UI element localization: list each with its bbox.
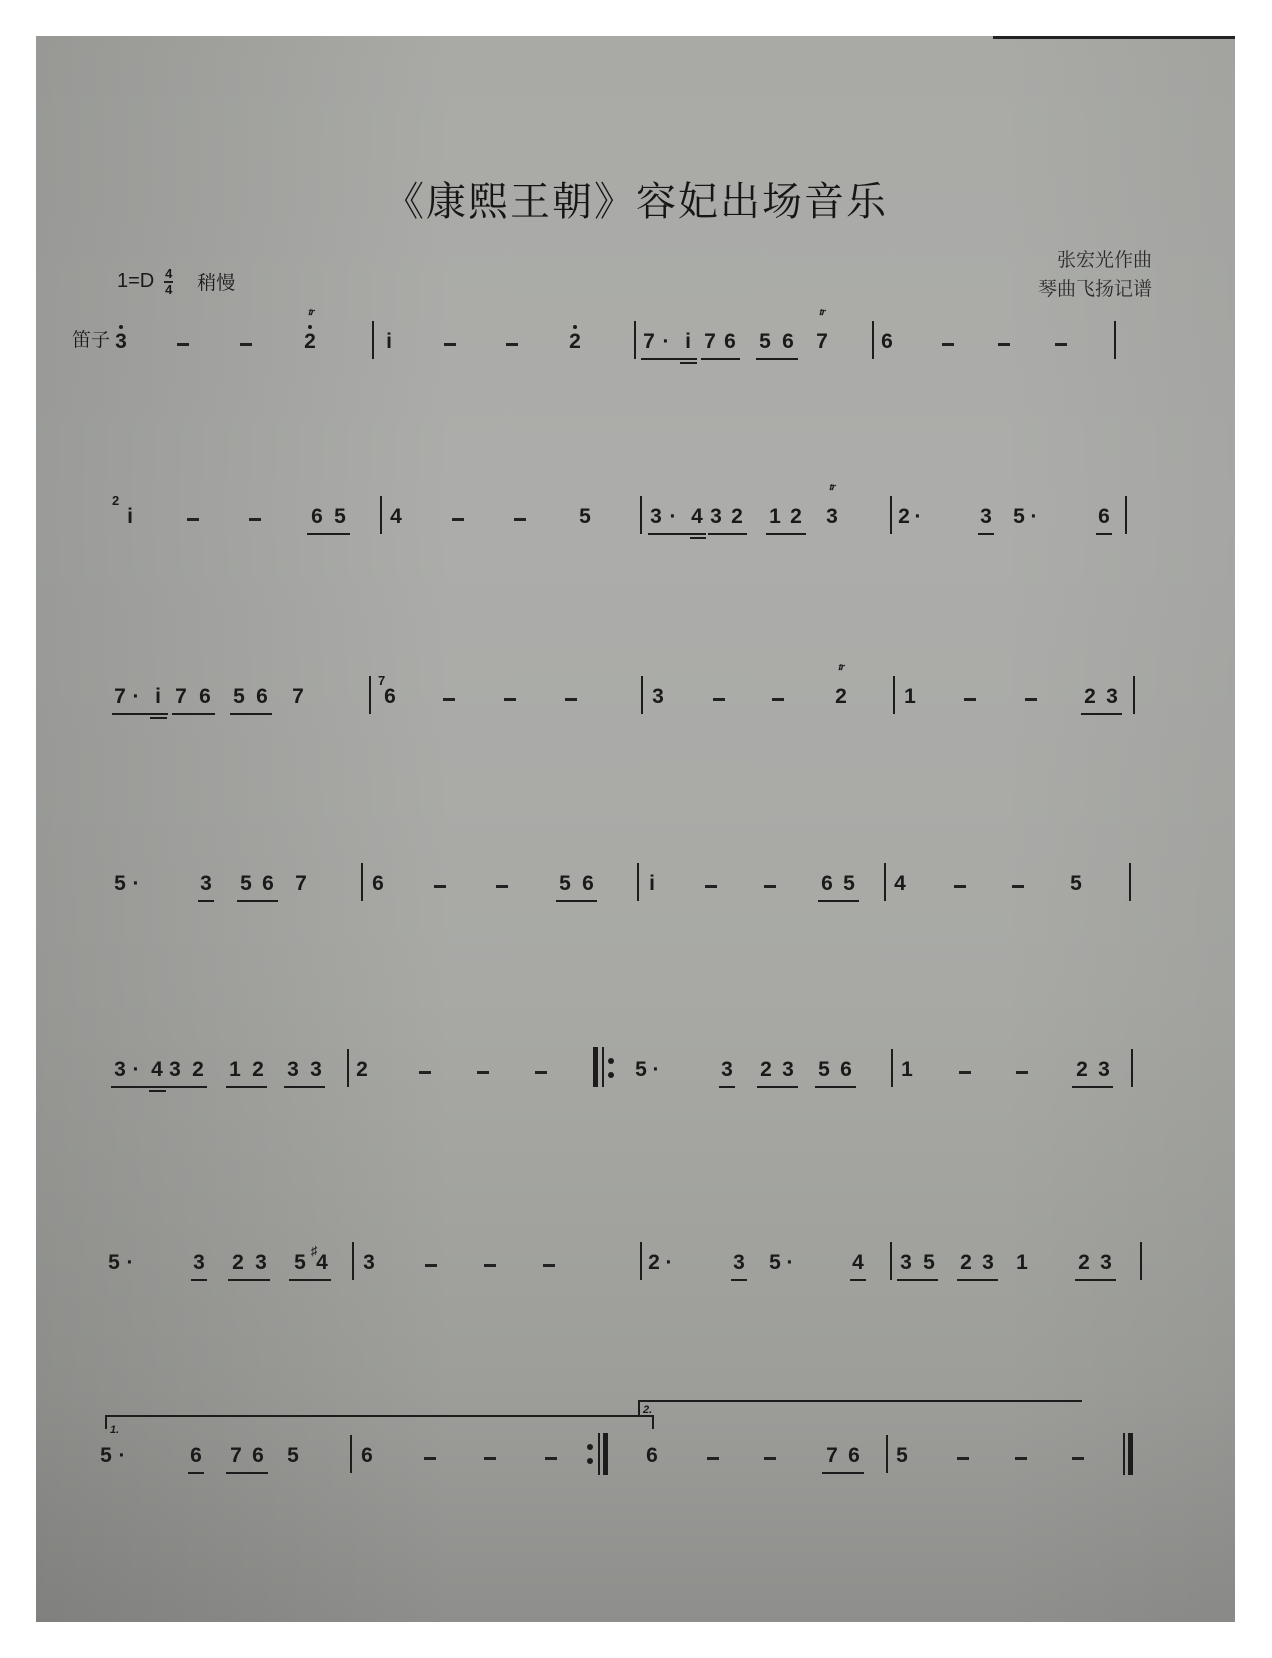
- barline: [1129, 863, 1131, 901]
- tempo-marking: 稍慢: [197, 268, 235, 295]
- barline: [884, 863, 886, 901]
- score-row-5: 3 · 4 3 2 1 2 3 3 2 5 · 3 2 3 5 6 1 2 3: [0, 1053, 1272, 1113]
- volta-bracket-2: [638, 1400, 1082, 1416]
- barline: [1140, 1242, 1142, 1280]
- barline: [890, 1242, 892, 1280]
- credits: 张宏光作曲 琴曲飞扬记谱: [1038, 246, 1152, 304]
- note: 2: [569, 330, 581, 354]
- score-row-1: 3 2 𝆖 i 2 7 · i 7 6 5 6 7 𝆖 6: [0, 325, 1272, 385]
- barline: [886, 1435, 888, 1473]
- key-signature-line: 1=D 4 4 稍慢: [117, 268, 235, 296]
- barline: [380, 496, 382, 534]
- repeat-start-barline: [593, 1047, 598, 1087]
- final-barline: [1123, 1433, 1125, 1475]
- barline: [640, 496, 642, 534]
- barline: [640, 1242, 642, 1280]
- barline: [352, 1242, 354, 1280]
- transcriber: 琴曲飞扬记谱: [1038, 275, 1152, 304]
- barline: [1125, 496, 1127, 534]
- barline: [893, 676, 895, 714]
- trill-icon: 𝆖: [819, 306, 824, 319]
- trill-icon: 𝆖: [308, 306, 313, 319]
- score-title: 《康熙王朝》容妃出场音乐: [0, 170, 1272, 227]
- barline: [361, 863, 363, 901]
- barline: [350, 1435, 352, 1473]
- trill-icon: 𝆖: [829, 481, 834, 494]
- key-signature: 1=D: [117, 270, 154, 293]
- barline: [891, 1049, 893, 1087]
- barline: [634, 321, 636, 359]
- paper-edge-shadow: [993, 36, 1235, 39]
- barline: [890, 496, 892, 534]
- score-row-2: 2 i 6 5 4 5 3 · 4 3 2 1 2 3 𝆖 2 · 3 5 · …: [0, 500, 1272, 560]
- barline: [1133, 676, 1135, 714]
- grace-note: 2: [112, 493, 119, 508]
- score-row-6: 5 · 3 2 3 5 ♯ 4 3 2 · 3 5 · 4 3 5 2 3 1 …: [0, 1246, 1272, 1306]
- composer: 张宏光作曲: [1038, 246, 1152, 275]
- trill-icon: 𝆖: [838, 661, 843, 674]
- note: 3: [115, 330, 127, 354]
- volta-1-label: 1.: [110, 1424, 119, 1436]
- score-row-7: 5 · 6 7 6 5 6 6 7 6 5: [0, 1439, 1272, 1499]
- time-signature: 4 4: [164, 268, 173, 296]
- score-row-3: 7 · i 7 6 5 6 7 7 6 3 2 𝆖 1 2 3: [0, 680, 1272, 740]
- barline: [1131, 1049, 1133, 1087]
- barline: [372, 321, 374, 359]
- note: i: [386, 330, 392, 354]
- note: 2: [304, 330, 316, 354]
- volta-bracket-1: [105, 1415, 654, 1429]
- score-row-4: 5 · 3 5 6 7 6 5 6 i 6 5 4 5: [0, 867, 1272, 927]
- barline: [872, 321, 874, 359]
- barline: [1114, 321, 1116, 359]
- barline: [641, 676, 643, 714]
- barline: [369, 676, 371, 714]
- barline: [347, 1049, 349, 1087]
- repeat-end-barline: [603, 1433, 608, 1475]
- volta-2-label: 2.: [643, 1404, 652, 1416]
- barline: [637, 863, 639, 901]
